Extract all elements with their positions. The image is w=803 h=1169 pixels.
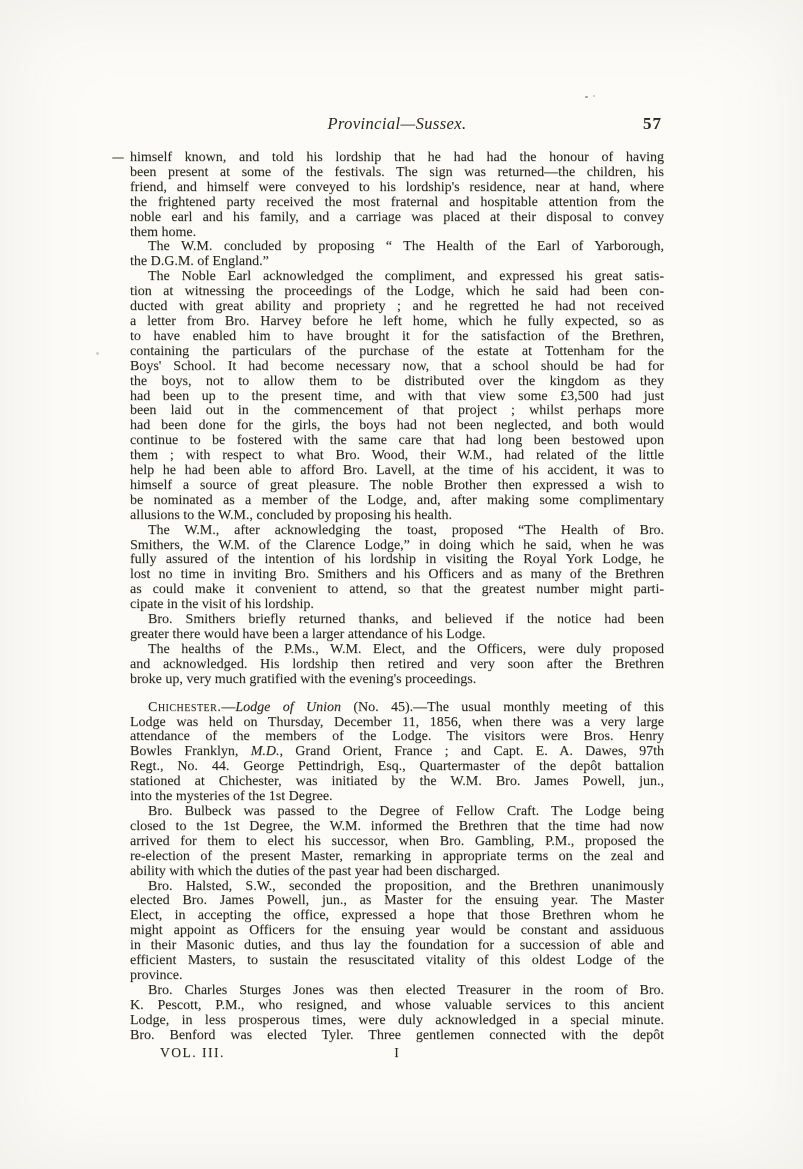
text-line: the frightened party received the most f… bbox=[130, 196, 664, 211]
text-line: noble earl and his family, and a carriag… bbox=[130, 211, 664, 226]
text-segment: Chichester. bbox=[148, 700, 221, 715]
paragraph: The healths of the P.Ms., W.M. Elect, an… bbox=[130, 643, 664, 688]
text-line: Lodge, in less prosperous times, were du… bbox=[130, 1014, 664, 1029]
text-segment: ability with which the duties of the pas… bbox=[130, 864, 500, 879]
text-segment: Bro. Halsted, S.W., seconded the proposi… bbox=[148, 879, 664, 894]
text-line: allusions to the W.M., concluded by prop… bbox=[130, 509, 664, 524]
text-line: The Noble Earl acknowledged the complime… bbox=[130, 270, 664, 285]
text-segment: been present at some of the festivals. T… bbox=[130, 165, 664, 180]
text-segment: — bbox=[221, 700, 235, 715]
text-segment: broke up, very much gratified with the e… bbox=[130, 672, 476, 687]
paragraph: Bro. Bulbeck was passed to the Degree of… bbox=[130, 805, 664, 880]
paragraph: Bro. Halsted, S.W., seconded the proposi… bbox=[130, 880, 664, 984]
paragraph: himself known, and told his lordship tha… bbox=[130, 151, 664, 240]
text-segment: them ; with respect to what Bro. Wood, t… bbox=[130, 448, 664, 463]
text-line: and acknowledged. His lordship then reti… bbox=[130, 658, 664, 673]
text-segment: been laid out in the commencement of tha… bbox=[130, 403, 664, 418]
text-segment: to have enabled him to have brought it f… bbox=[130, 329, 664, 344]
text-segment: Bro. Smithers briefly returned thanks, a… bbox=[148, 612, 664, 627]
scan-artifact bbox=[96, 352, 99, 355]
text-segment: had been done for the girls, the boys ha… bbox=[130, 418, 664, 433]
text-segment: continue to be fostered with the same ca… bbox=[130, 433, 664, 448]
text-segment: cipate in the visit of his lordship. bbox=[130, 597, 314, 612]
text-line: The W.M. concluded by proposing “ The He… bbox=[130, 240, 664, 255]
text-line: the boys, not to allow them to be distri… bbox=[130, 375, 664, 390]
text-segment: noble earl and his family, and a carriag… bbox=[130, 210, 664, 225]
text-segment: be nominated as a member of the Lodge, a… bbox=[130, 493, 664, 508]
text-line: himself known, and told his lordship tha… bbox=[130, 151, 664, 166]
text-segment: himself a source of great pleasure. The … bbox=[130, 478, 664, 493]
text-segment: greater there would have been a larger a… bbox=[130, 627, 485, 642]
text-segment: Lodge was held on Thursday, December 11,… bbox=[130, 715, 664, 730]
text-line: had been done for the girls, the boys ha… bbox=[130, 419, 664, 434]
text-line: Bro. Smithers briefly returned thanks, a… bbox=[130, 613, 664, 628]
text-segment: , Grand Orient, France ; and Capt. E. A.… bbox=[279, 744, 664, 759]
text-line: the D.G.M. of England.” bbox=[130, 255, 664, 270]
text-segment: arrived for them to elect his successor,… bbox=[130, 834, 664, 849]
text-line: to have enabled him to have brought it f… bbox=[130, 330, 664, 345]
text-segment: fully assured of the intention of his lo… bbox=[130, 552, 664, 567]
text-line: Bowles Franklyn, M.D., Grand Orient, Fra… bbox=[130, 745, 664, 760]
text-line: The healths of the P.Ms., W.M. Elect, an… bbox=[130, 643, 664, 658]
text-line: efficient Masters, to sustain the resusc… bbox=[130, 954, 664, 969]
text-line: Regt., No. 44. George Pettindrigh, Esq.,… bbox=[130, 760, 664, 775]
text-segment: ducted with great ability and propriety … bbox=[130, 299, 664, 314]
running-head: Provincial—Sussex. bbox=[130, 114, 664, 134]
text-segment: The healths of the P.Ms., W.M. Elect, an… bbox=[148, 642, 664, 657]
text-line: greater there would have been a larger a… bbox=[130, 628, 664, 643]
text-line: friend, and himself were conveyed to his… bbox=[130, 181, 664, 196]
volume-label: VOL. III. bbox=[160, 1045, 225, 1061]
text-segment: Bro. Charles Sturges Jones was then elec… bbox=[148, 983, 664, 998]
text-segment: and acknowledged. His lordship then reti… bbox=[130, 657, 664, 672]
text-segment: province. bbox=[130, 968, 182, 983]
text-segment: friend, and himself were conveyed to his… bbox=[130, 180, 664, 195]
text-segment: closed to the 1st Degree, the W.M. infor… bbox=[130, 819, 664, 834]
scan-artifact bbox=[593, 95, 595, 97]
text-line: containing the particulars of the purcha… bbox=[130, 345, 664, 360]
text-segment: re-election of the present Master, remar… bbox=[130, 849, 664, 864]
text-line: ducted with great ability and propriety … bbox=[130, 300, 664, 315]
text-line: a letter from Bro. Harvey before he left… bbox=[130, 315, 664, 330]
text-segment: as could make it convenient to attend, s… bbox=[130, 582, 664, 597]
text-segment: stationed at Chichester, was initiated b… bbox=[130, 774, 664, 789]
text-line: as could make it convenient to attend, s… bbox=[130, 583, 664, 598]
text-line: fully assured of the intention of his lo… bbox=[130, 553, 664, 568]
text-line: help he had been able to afford Bro. Lav… bbox=[130, 464, 664, 479]
document-page: Provincial—Sussex. 57 himself known, and… bbox=[0, 0, 803, 1169]
paragraph: The W.M. concluded by proposing “ The He… bbox=[130, 240, 664, 270]
text-segment: allusions to the W.M., concluded by prop… bbox=[130, 508, 452, 523]
text-line: Smithers, the W.M. of the Clarence Lodge… bbox=[130, 539, 664, 554]
text-line: cipate in the visit of his lordship. bbox=[130, 598, 664, 613]
text-line: province. bbox=[130, 969, 664, 984]
paragraph: Bro. Smithers briefly returned thanks, a… bbox=[130, 613, 664, 643]
text-line: in their Masonic duties, and thus lay th… bbox=[130, 939, 664, 954]
page-footer: I VOL. III. bbox=[130, 1045, 664, 1063]
paragraph: Chichester.—Lodge of Union (No. 45).—The… bbox=[130, 701, 664, 805]
text-line: Boys' School. It had become necessary no… bbox=[130, 360, 664, 375]
text-line: re-election of the present Master, remar… bbox=[130, 850, 664, 865]
text-line: into the mysteries of the 1st Degree. bbox=[130, 790, 664, 805]
text-segment: had been up to the present time, and wit… bbox=[130, 389, 664, 404]
paragraph: Bro. Charles Sturges Jones was then elec… bbox=[130, 984, 664, 1044]
text-column: himself known, and told his lordship tha… bbox=[130, 151, 664, 1043]
text-line: tion at witnessing the proceedings of th… bbox=[130, 285, 664, 300]
text-line: continue to be fostered with the same ca… bbox=[130, 434, 664, 449]
text-segment: Lodge of Union bbox=[235, 700, 341, 715]
text-segment: the frightened party received the most f… bbox=[130, 195, 664, 210]
text-segment: Bro. Benford was elected Tyler. Three ge… bbox=[130, 1028, 664, 1043]
text-segment: Elect, in accepting the office, expresse… bbox=[130, 908, 664, 923]
text-segment: in their Masonic duties, and thus lay th… bbox=[130, 938, 664, 953]
text-line: The W.M., after acknowledging the toast,… bbox=[130, 524, 664, 539]
text-segment: Smithers, the W.M. of the Clarence Lodge… bbox=[130, 538, 664, 553]
text-line: them ; with respect to what Bro. Wood, t… bbox=[130, 449, 664, 464]
text-segment: Bowles Franklyn, bbox=[130, 744, 251, 759]
text-segment: efficient Masters, to sustain the resusc… bbox=[130, 953, 664, 968]
text-segment: attendance of the members of the Lodge. … bbox=[130, 729, 664, 744]
scan-artifact bbox=[585, 96, 588, 98]
text-segment: M.D. bbox=[251, 744, 280, 759]
text-segment: himself known, and told his lordship tha… bbox=[130, 150, 664, 165]
text-segment: tion at witnessing the proceedings of th… bbox=[130, 284, 664, 299]
text-segment: lost no time in inviting Bro. Smithers a… bbox=[130, 567, 664, 582]
text-segment: Regt., No. 44. George Pettindrigh, Esq.,… bbox=[130, 759, 664, 774]
text-line: Bro. Benford was elected Tyler. Three ge… bbox=[130, 1029, 664, 1044]
text-segment: The W.M., after acknowledging the toast,… bbox=[148, 523, 664, 538]
text-line: attendance of the members of the Lodge. … bbox=[130, 730, 664, 745]
text-segment: The Noble Earl acknowledged the complime… bbox=[148, 269, 664, 284]
text-line: ability with which the duties of the pas… bbox=[130, 865, 664, 880]
text-segment: containing the particulars of the purcha… bbox=[130, 344, 664, 359]
text-segment: into the mysteries of the 1st Degree. bbox=[130, 789, 333, 804]
text-segment: (No. 45).—The usual monthly meeting of t… bbox=[341, 700, 664, 715]
text-line: arrived for them to elect his successor,… bbox=[130, 835, 664, 850]
text-segment: Lodge, in less prosperous times, were du… bbox=[130, 1013, 664, 1028]
text-segment: help he had been able to afford Bro. Lav… bbox=[130, 463, 664, 478]
paragraph: The W.M., after acknowledging the toast,… bbox=[130, 524, 664, 613]
text-segment: the boys, not to allow them to be distri… bbox=[130, 374, 664, 389]
text-line: K. Pescott, P.M., who resigned, and whos… bbox=[130, 999, 664, 1014]
text-line: lost no time in inviting Bro. Smithers a… bbox=[130, 568, 664, 583]
text-segment: The W.M. concluded by proposing “ The He… bbox=[148, 239, 664, 254]
text-line: Bro. Halsted, S.W., seconded the proposi… bbox=[130, 880, 664, 895]
text-segment: a letter from Bro. Harvey before he left… bbox=[130, 314, 664, 329]
paragraph: The Noble Earl acknowledged the complime… bbox=[130, 270, 664, 523]
page-number: 57 bbox=[643, 114, 662, 134]
text-line: broke up, very much gratified with the e… bbox=[130, 673, 664, 688]
text-line: been present at some of the festivals. T… bbox=[130, 166, 664, 181]
text-line: might appoint as Officers for the ensuin… bbox=[130, 924, 664, 939]
text-segment: elected Bro. James Powell, jun., as Mast… bbox=[130, 893, 664, 908]
text-line: be nominated as a member of the Lodge, a… bbox=[130, 494, 664, 509]
scan-artifact bbox=[112, 157, 124, 159]
text-line: Lodge was held on Thursday, December 11,… bbox=[130, 716, 664, 731]
text-segment: Boys' School. It had become necessary no… bbox=[130, 359, 664, 374]
text-line: stationed at Chichester, was initiated b… bbox=[130, 775, 664, 790]
text-line: Bro. Charles Sturges Jones was then elec… bbox=[130, 984, 664, 999]
text-line: elected Bro. James Powell, jun., as Mast… bbox=[130, 894, 664, 909]
text-segment: them home. bbox=[130, 225, 196, 240]
page-header: Provincial—Sussex. 57 bbox=[130, 114, 664, 138]
text-segment: might appoint as Officers for the ensuin… bbox=[130, 923, 664, 938]
text-segment: K. Pescott, P.M., who resigned, and whos… bbox=[130, 998, 664, 1013]
text-line: closed to the 1st Degree, the W.M. infor… bbox=[130, 820, 664, 835]
text-segment: the D.G.M. of England.” bbox=[130, 254, 269, 269]
text-segment: Bro. Bulbeck was passed to the Degree of… bbox=[148, 804, 664, 819]
text-line: been laid out in the commencement of tha… bbox=[130, 404, 664, 419]
text-line: them home. bbox=[130, 226, 664, 241]
text-line: Bro. Bulbeck was passed to the Degree of… bbox=[130, 805, 664, 820]
text-line: himself a source of great pleasure. The … bbox=[130, 479, 664, 494]
text-line: Elect, in accepting the office, expresse… bbox=[130, 909, 664, 924]
text-line: had been up to the present time, and wit… bbox=[130, 390, 664, 405]
text-line: Chichester.—Lodge of Union (No. 45).—The… bbox=[130, 701, 664, 716]
